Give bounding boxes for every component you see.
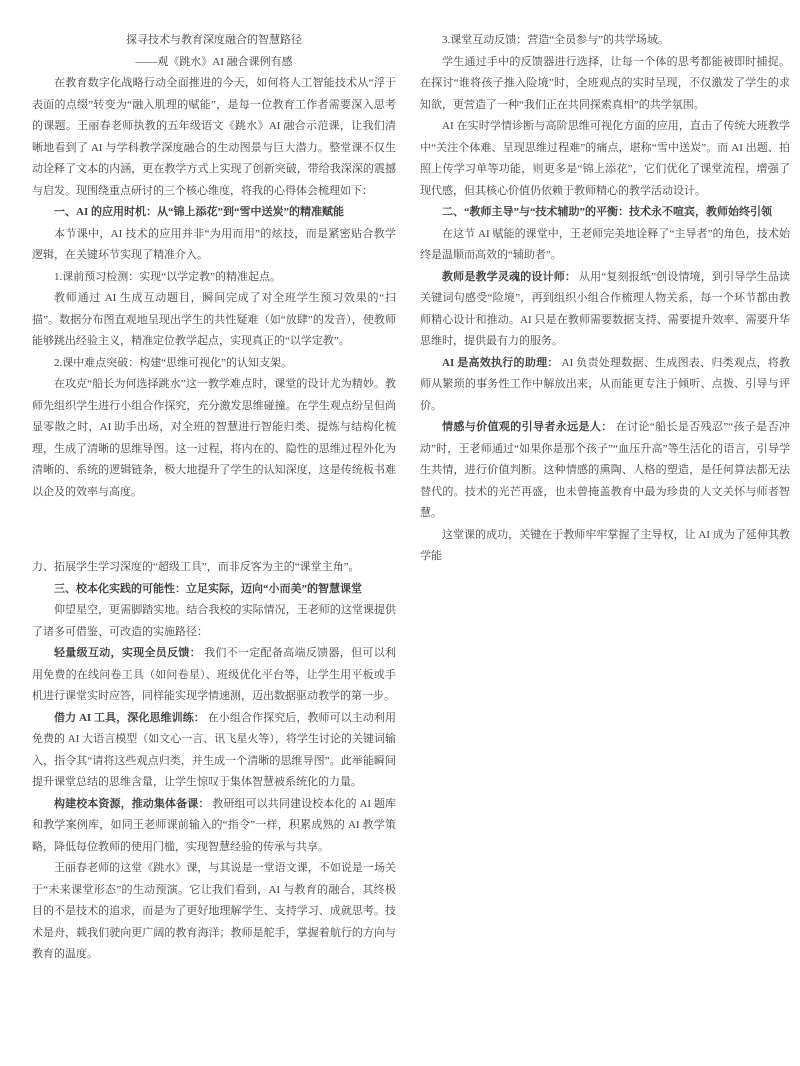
text-run: 本节课中，AI 技术的应用并非“为用而用”的炫技，而是紧密贴合教学逻辑，在关键环… — [32, 228, 396, 262]
ai-assistant-paragraph: AI 是高效执行的助理： AI 负责处理数据、生成图表、归类观点，将教师从繁琐的… — [420, 353, 790, 418]
text-run: AI 在实时学情诊断与高阶思维可视化方面的应用，直击了传统大班教学中“关注个体难… — [420, 120, 790, 197]
section-1-intro: 本节课中，AI 技术的应用并非“为用而用”的炫技，而是紧密贴合教学逻辑，在关键环… — [32, 224, 396, 267]
page-1-text-block: 探寻技术与教育深度融合的智慧路径——观《跳水》AI 融合课例有感在教育数字化战略… — [32, 30, 396, 503]
text-run: 1.课前预习检测：实现“以学定教”的精准起点。 — [54, 271, 281, 283]
doc-subtitle: ——观《跳水》AI 融合课例有感 — [32, 52, 396, 74]
text-run: 3.课堂互动反馈：营造“全员参与”的共学场域。 — [442, 34, 669, 46]
teacher-designer-paragraph: 教师是教学灵魂的设计师： 从用“复刻报纸”创设情境，到引导学生品读关键词句感受“… — [420, 267, 790, 353]
text-run: 这堂课的成功，关键在于教师牢牢掌握了主导权，让 AI 成为了延伸其教学能 — [420, 529, 790, 563]
text-run: 在讨论“船长是否残忍”“孩子是否冲动”时，王老师通过“如果你是那个孩子”“血压升… — [420, 421, 790, 519]
text-run: 学生通过手中的反馈器进行选择，让每一个体的思考都能被即时捕捉。在探讨“谁将孩子推… — [420, 56, 790, 111]
text-run: 2.课中难点突破：构建“思维可视化”的认知支架。 — [54, 357, 292, 369]
point-1-paragraph: 教师通过 AI 生成互动题目，瞬间完成了对全班学生预习效果的“扫描”。数据分布图… — [32, 288, 396, 353]
section-1-summary: AI 在实时学情诊断与高阶思维可视化方面的应用，直击了传统大班教学中“关注个体难… — [420, 116, 790, 202]
page-2-text-block: 3.课堂互动反馈：营造“全员参与”的共学场域。学生通过手中的反馈器进行选择，让每… — [420, 30, 790, 568]
bold-text-run: 二、“教师主导”与“技术辅助”的平衡：技术永不喧宾，教师始终引领 — [442, 206, 772, 218]
conclusion-paragraph: 王丽春老师的这堂《跳水》课，与其说是一堂语文课，不如说是一场关于“未来课堂形态”… — [32, 858, 396, 966]
text-run: 探寻技术与教育深度融合的智慧路径 — [126, 34, 302, 46]
text-run: 在教育数字化战略行动全面推进的今天，如何将人工智能技术从“浮于表面的点缀”转变为… — [32, 77, 396, 197]
point-1-subheading: 1.课前预习检测：实现“以学定教”的精准起点。 — [32, 267, 396, 289]
intro-paragraph: 在教育数字化战略行动全面推进的今天，如何将人工智能技术从“浮于表面的点缀”转变为… — [32, 73, 396, 202]
text-run: 在这节 AI 赋能的课堂中，王老师完美地诠释了“主导者”的角色，技术始终是温顺而… — [420, 228, 790, 262]
section-2-intro: 在这节 AI 赋能的课堂中，王老师完美地诠释了“主导者”的角色，技术始终是温顺而… — [420, 224, 790, 267]
values-guide-paragraph: 情感与价值观的引导者永远是人： 在讨论“船长是否残忍”“孩子是否冲动”时，王老师… — [420, 417, 790, 525]
text-run: 仰望星空，更需脚踏实地。结合我校的实际情况，王老师的这堂课提供了诸多可借鉴、可改… — [32, 604, 396, 638]
point-3-subheading: 3.课堂互动反馈：营造“全员参与”的共学场域。 — [420, 30, 790, 52]
text-run: 王丽春老师的这堂《跳水》课，与其说是一堂语文课，不如说是一场关于“未来课堂形态”… — [32, 862, 396, 960]
section-2-summary-start: 这堂课的成功，关键在于教师牢牢掌握了主导权，让 AI 成为了延伸其教学能 — [420, 525, 790, 568]
doc-title: 探寻技术与教育深度融合的智慧路径 — [32, 30, 396, 52]
section-3-intro: 仰望星空，更需脚踏实地。结合我校的实际情况，王老师的这堂课提供了诸多可借鉴、可改… — [32, 600, 396, 643]
text-run: ——观《跳水》AI 融合课例有感 — [135, 56, 292, 68]
section-2-heading: 二、“教师主导”与“技术辅助”的平衡：技术永不喧宾，教师始终引领 — [420, 202, 790, 224]
text-run: 教师通过 AI 生成互动题目，瞬间完成了对全班学生预习效果的“扫描”。数据分布图… — [32, 292, 396, 347]
point-3-paragraph: 学生通过手中的反馈器进行选择，让每一个体的思考都能被即时捕捉。在探讨“谁将孩子推… — [420, 52, 790, 117]
bold-text-run: 轻量级互动，实现全员反馈： — [54, 647, 201, 659]
school-resources-paragraph: 构建校本资源，推动集体备课： 教研组可以共同建设校本化的 AI 题库和教学案例库… — [32, 794, 396, 859]
point-2-subheading: 2.课中难点突破：构建“思维可视化”的认知支架。 — [32, 353, 396, 375]
text-run: 在攻克“船长为何选择跳水”这一教学难点时，课堂的设计尤为精妙。教师先组织学生进行… — [32, 378, 396, 498]
bold-text-run: 三、校本化实践的可能性：立足实际，迈向“小而美”的智慧课堂 — [54, 583, 362, 595]
bold-text-run: 一、AI 的应用时机：从“锦上添花”到“雪中送炭”的精准赋能 — [54, 206, 344, 218]
section-2-summary-continuation: 力、拓展学生学习深度的“超级工具”，而非反客为主的“课堂主角”。 — [32, 557, 396, 579]
bold-text-run: 构建校本资源，推动集体备课： — [54, 798, 209, 810]
point-2-paragraph: 在攻克“船长为何选择跳水”这一教学难点时，课堂的设计尤为精妙。教师先组织学生进行… — [32, 374, 396, 503]
bold-text-run: 情感与价值观的引导者永远是人： — [442, 421, 613, 433]
bold-text-run: 借力 AI 工具，深化思维训练： — [54, 712, 205, 724]
bold-text-run: 教师是教学灵魂的设计师： — [442, 271, 576, 283]
text-run: 力、拓展学生学习深度的“超级工具”，而非反客为主的“课堂主角”。 — [32, 561, 360, 573]
document-canvas: { "document": { "title": "探寻技术与教育深度融合的智慧… — [0, 0, 800, 1066]
section-3-heading: 三、校本化实践的可能性：立足实际，迈向“小而美”的智慧课堂 — [32, 579, 396, 601]
page-3-text-block: 力、拓展学生学习深度的“超级工具”，而非反客为主的“课堂主角”。三、校本化实践的… — [32, 557, 396, 966]
bold-text-run: AI 是高效执行的助理： — [442, 357, 559, 369]
section-1-heading: 一、AI 的应用时机：从“锦上添花”到“雪中送炭”的精准赋能 — [32, 202, 396, 224]
lightweight-interaction-paragraph: 轻量级互动，实现全员反馈： 我们不一定配备高端反馈器，但可以利用免费的在线问卷工… — [32, 643, 396, 708]
ai-tools-paragraph: 借力 AI 工具，深化思维训练： 在小组合作探究后，教师可以主动利用免费的 AI… — [32, 708, 396, 794]
